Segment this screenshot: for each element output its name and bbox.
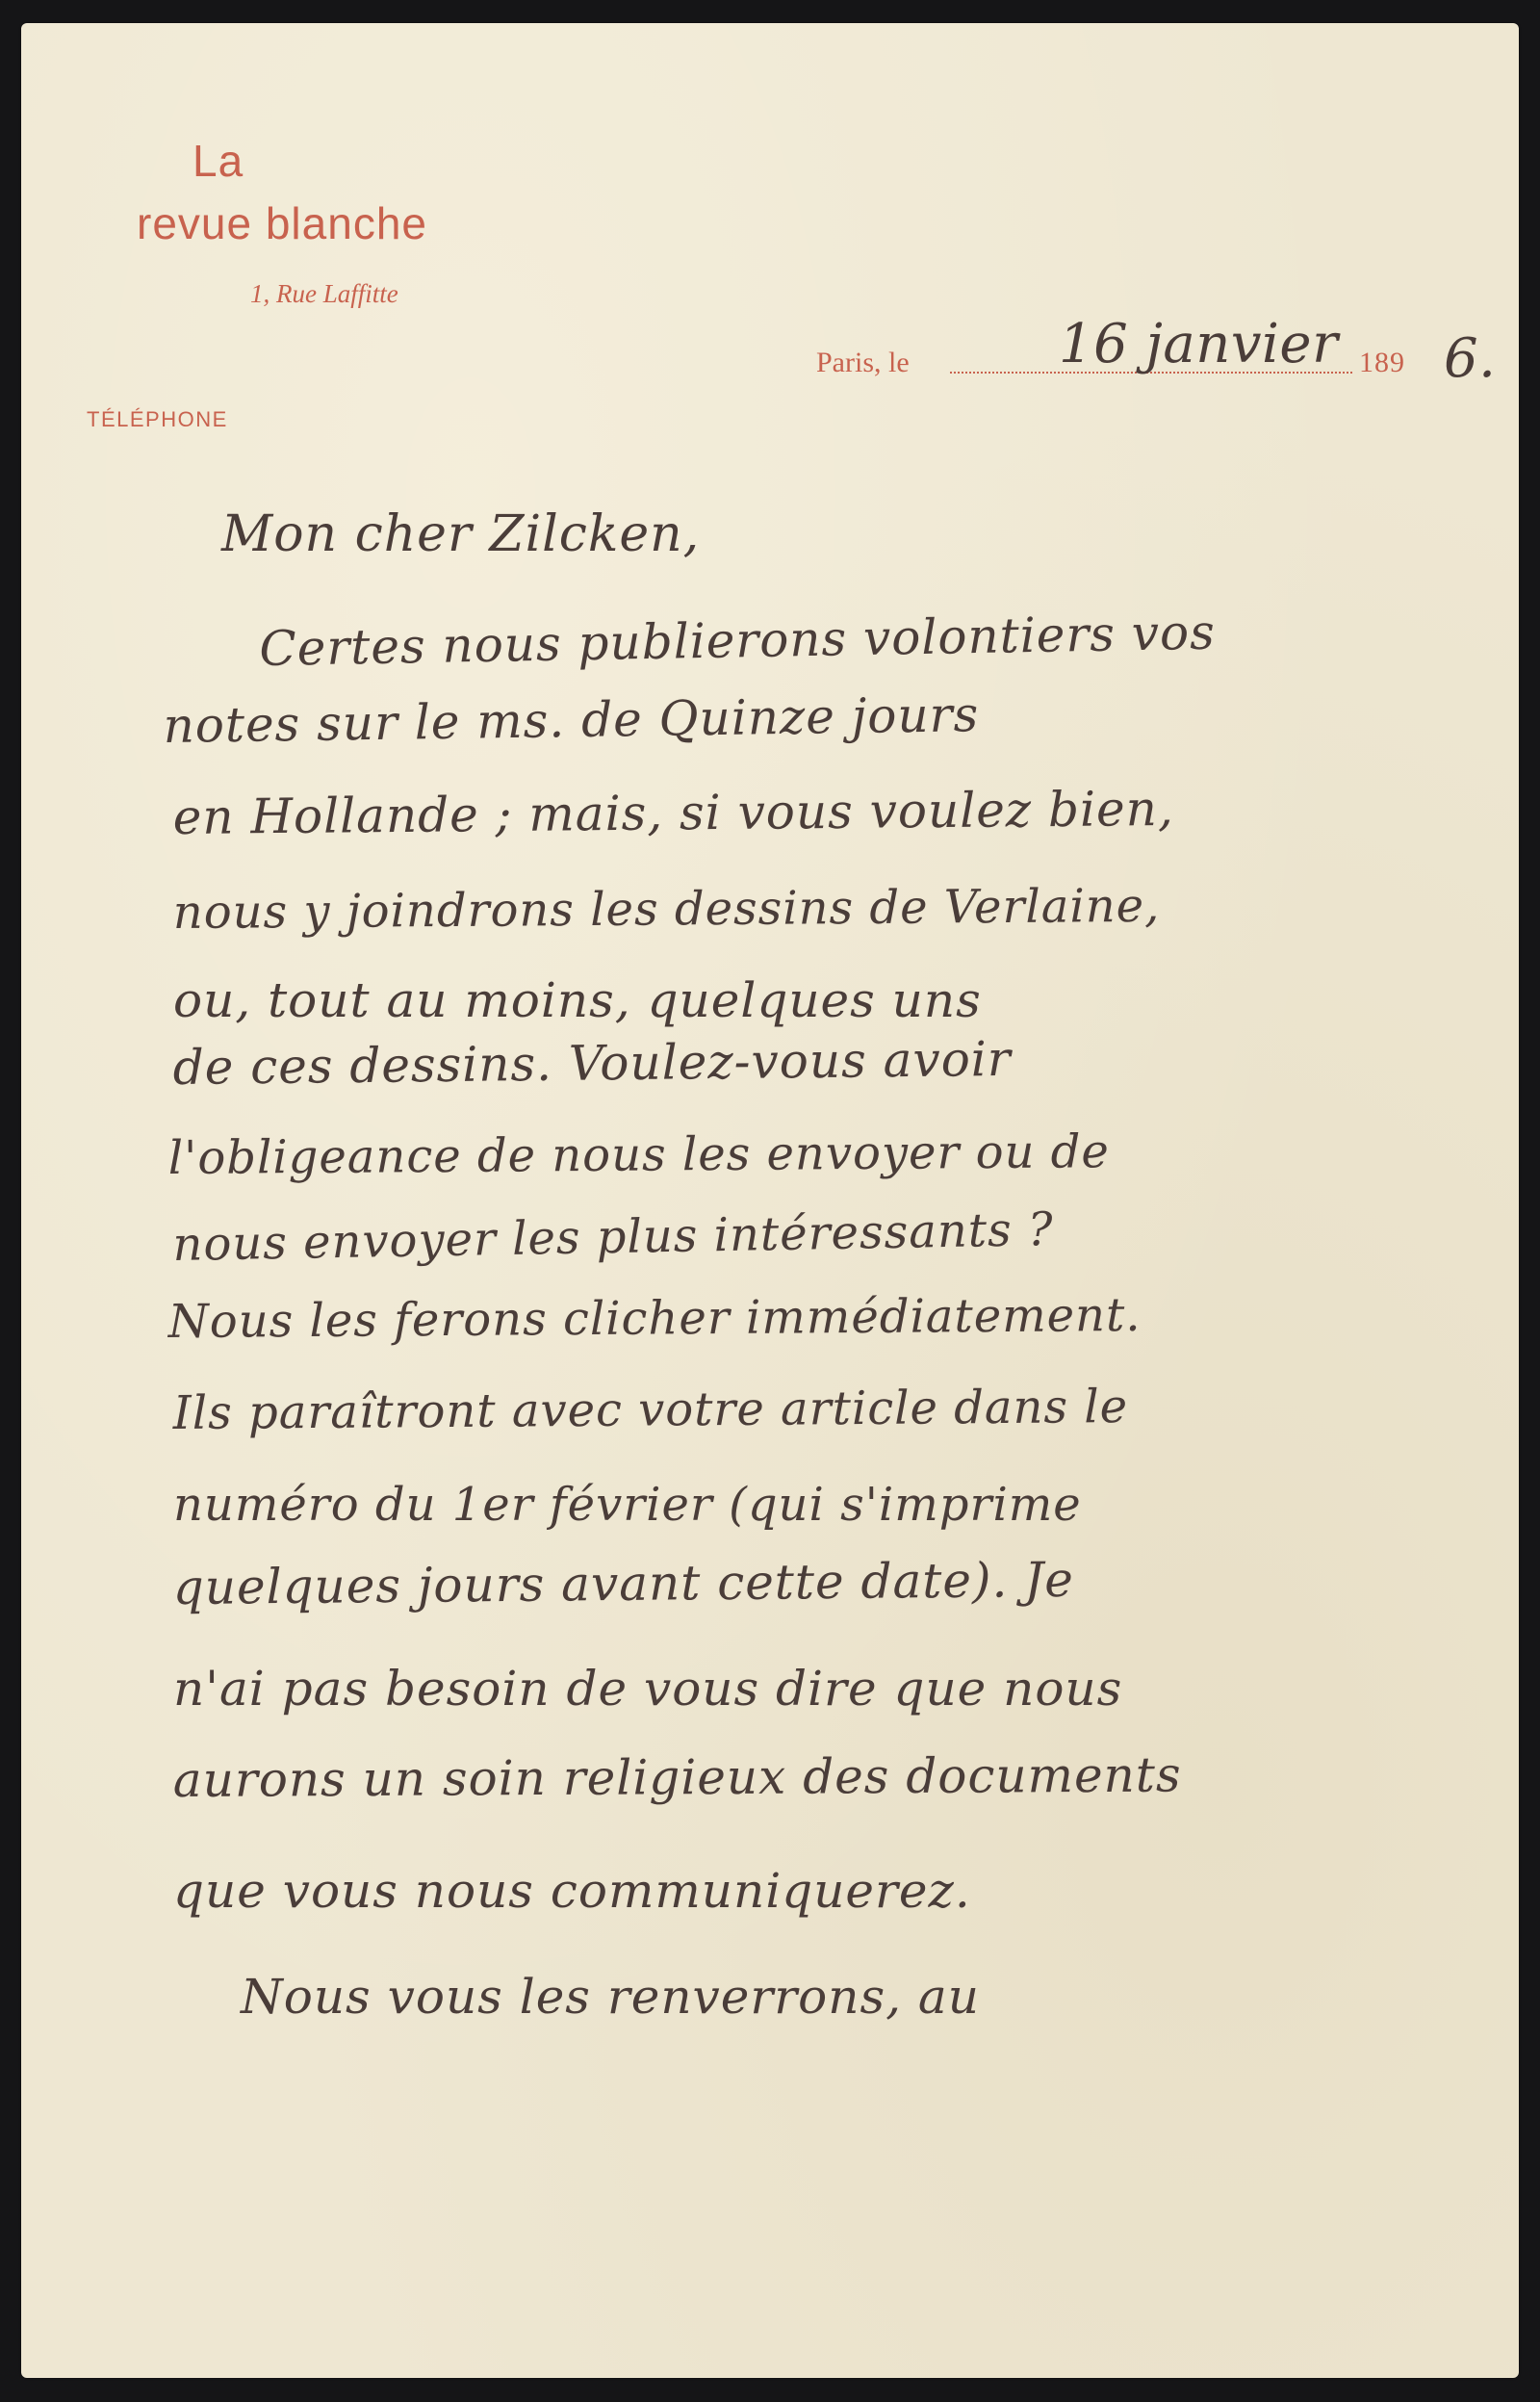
handwritten-date-year-suffix: 6. [1444, 327, 1496, 390]
letter-salutation: Mon cher Zilcken, [221, 505, 700, 563]
letter-line: n'ai pas besoin de vous dire que nous [173, 1661, 1122, 1717]
letter-line: de ces dessins. Voulez-vous avoir [172, 1031, 1012, 1096]
date-place-label: Paris, le [816, 347, 910, 379]
letter-page [21, 23, 1519, 2378]
letter-line: que vous nous communiquerez. [173, 1863, 971, 1919]
letter-line: aurons un soin religieux des documents [173, 1747, 1182, 1808]
letter-line: en Hollande ; mais, si vous voulez bien, [172, 781, 1173, 845]
letter-line: Ils paraîtront avec votre article dans l… [173, 1380, 1129, 1440]
letter-line: l'obligeance de nous les envoyer ou de [168, 1124, 1110, 1185]
letter-line: Nous vous les renverrons, au [241, 1969, 980, 2025]
letter-line: quelques jours avant cette date). Je [172, 1552, 1074, 1615]
letter-line: ou, tout au moins, quelques uns [173, 972, 982, 1028]
letter-line: Nous les ferons clicher immédiatement. [168, 1288, 1142, 1349]
letterhead-telephone-label: TÉLÉPHONE [87, 407, 228, 432]
date-year-prefix: 189 [1359, 347, 1405, 379]
letterhead-address: 1, Rue Laffitte [250, 279, 398, 309]
letterhead-title-la: La [192, 135, 244, 187]
handwritten-date-day-month: 16 janvier [1059, 313, 1338, 375]
letter-line: notes sur le ms. de Quinze jours [163, 686, 979, 754]
letter-line: nous y joindrons les dessins de Verlaine… [173, 879, 1161, 940]
letterhead-title-revue-blanche: revue blanche [137, 197, 427, 249]
letter-line: numéro du 1er février (qui s'imprime [173, 1478, 1082, 1532]
